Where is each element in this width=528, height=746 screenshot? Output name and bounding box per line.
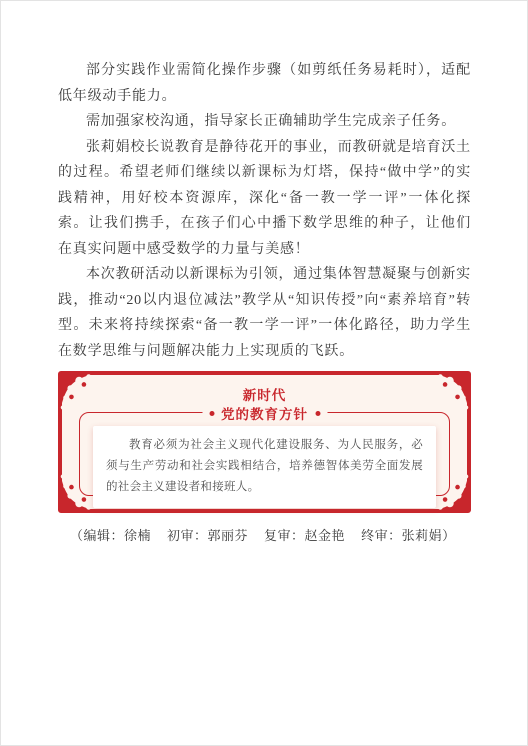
paragraph: 部分实践作业需简化操作步骤（如剪纸任务易耗时），适配低年级动手能力。: [58, 58, 471, 109]
credit-final-review: 终审：张莉娟: [361, 528, 442, 543]
education-policy-banner: 新时代 党的教育方针 教育必须为社会主义现代化建设服务、为人民服务，必须与生产劳…: [58, 371, 471, 513]
credit-second-review: 复审：赵金艳: [264, 528, 345, 543]
credits-close-paren: ）: [442, 528, 456, 543]
paragraph: 需加强家校沟通，指导家长正确辅助学生完成亲子任务。: [58, 109, 471, 135]
paragraph: 本次教研活动以新课标为引领，通过集体智慧凝聚与创新实践，推动“20以内退位减法”…: [58, 262, 471, 364]
credit-editor: 编辑：徐楠: [84, 528, 152, 543]
credits-line: （编辑：徐楠初审：郭丽芬复审：赵金艳终审：张莉娟）: [58, 526, 471, 546]
paragraph: 张莉娟校长说教育是静待花开的事业，而教研就是培育沃土的过程。希望老师们继续以新课…: [58, 135, 471, 263]
banner-subtitle: 党的教育方针: [202, 403, 327, 423]
policy-text-box: 教育必须为社会主义现代化建设服务、为人民服务，必须与生产劳动和社会实践相结合，培…: [93, 426, 436, 508]
credits-open-paren: （: [70, 528, 84, 543]
policy-text: 教育必须为社会主义现代化建设服务、为人民服务，必须与生产劳动和社会实践相结合，培…: [106, 435, 423, 498]
banner-title: 新时代: [62, 384, 467, 404]
banner-subtitle-text: 党的教育方针: [221, 403, 308, 423]
line-dot-icon: [315, 411, 320, 416]
credit-first-review: 初审：郭丽芬: [167, 528, 248, 543]
document-body: 部分实践作业需简化操作步骤（如剪纸任务易耗时），适配低年级动手能力。 需加强家校…: [1, 1, 527, 546]
banner-frame: 党的教育方针 教育必须为社会主义现代化建设服务、为人民服务，必须与生产劳动和社会…: [79, 412, 450, 496]
document-page: 部分实践作业需简化操作步骤（如剪纸任务易耗时），适配低年级动手能力。 需加强家校…: [0, 0, 528, 746]
line-dot-icon: [209, 411, 214, 416]
